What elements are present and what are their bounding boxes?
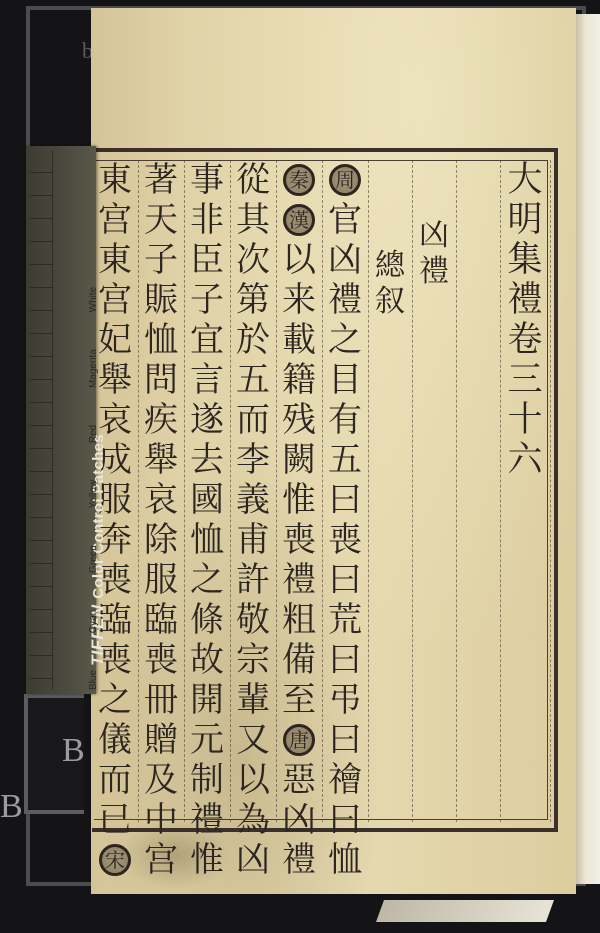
- patch-label: Yellow: [88, 480, 99, 509]
- character: 恤: [140, 320, 182, 360]
- character: 而: [232, 400, 274, 440]
- character: 載: [278, 320, 320, 360]
- character: 禮: [186, 800, 228, 840]
- character: 宗: [232, 640, 274, 680]
- character: 曰: [324, 560, 366, 600]
- patch-label: Cyan: [88, 610, 99, 633]
- character: 舉: [140, 440, 182, 480]
- character: 之: [94, 680, 136, 720]
- character: 妃: [94, 320, 136, 360]
- character: 李: [232, 440, 274, 480]
- character: 喪: [140, 640, 182, 680]
- character: 宜: [186, 320, 228, 360]
- blank-column: [456, 160, 501, 822]
- character: 禮: [413, 254, 455, 290]
- circled-dynasty-mark: 周: [329, 164, 361, 196]
- character: 恤: [324, 840, 366, 880]
- character: 其: [232, 200, 274, 240]
- character: 目: [324, 360, 366, 400]
- character: 来: [278, 280, 320, 320]
- character: 輩: [232, 680, 274, 720]
- character: 哀: [140, 480, 182, 520]
- scan-letter-b-outer: B: [0, 788, 23, 826]
- circled-dynasty-mark: 秦: [283, 164, 315, 196]
- character: 惡: [278, 760, 320, 800]
- character: 喪: [324, 520, 366, 560]
- character: 為: [232, 800, 274, 840]
- character: 籍: [278, 360, 320, 400]
- character: 残: [278, 400, 320, 440]
- character: 凶: [232, 840, 274, 880]
- character: 有: [324, 400, 366, 440]
- character: 宫: [140, 840, 182, 880]
- character: 凶: [324, 240, 366, 280]
- character: 曰: [324, 480, 366, 520]
- column-text: 從其次第於五而李義甫許敬宗輩又以為凶: [232, 160, 274, 880]
- character: 中: [140, 800, 182, 840]
- text-column-3: 從其次第於五而李義甫許敬宗輩又以為凶: [230, 160, 277, 822]
- character: 卷: [504, 320, 546, 360]
- column-text: 著天子賑恤問疾舉哀除服臨喪冊贈及中宫: [140, 160, 182, 880]
- character: 以: [278, 240, 320, 280]
- character: 明: [504, 200, 546, 240]
- character: 凶: [413, 218, 455, 254]
- character: 子: [186, 280, 228, 320]
- character: 曰: [324, 720, 366, 760]
- heading-title: 總叙: [369, 248, 411, 320]
- scan-letter-b: B: [62, 732, 85, 770]
- patch-label: Red: [88, 425, 99, 443]
- character: 三: [504, 360, 546, 400]
- character: 舉: [94, 360, 136, 400]
- character: 以: [232, 760, 274, 800]
- character: 國: [186, 480, 228, 520]
- character: 贈: [140, 720, 182, 760]
- character: 元: [186, 720, 228, 760]
- character: 儀: [94, 720, 136, 760]
- character: 賑: [140, 280, 182, 320]
- character: 疾: [140, 400, 182, 440]
- character: 叙: [369, 284, 411, 320]
- text-column-5: 著天子賑恤問疾舉哀除服臨喪冊贈及中宫: [138, 160, 185, 822]
- character: 宫: [94, 200, 136, 240]
- scan-frame-box: B: [24, 694, 84, 814]
- circled-dynasty-mark: 宋: [99, 844, 131, 876]
- character: 於: [232, 320, 274, 360]
- column-text: 周官凶禮之目有五曰喪曰荒曰弔曰禬曰恤: [324, 160, 366, 880]
- character: 開: [186, 680, 228, 720]
- character: 禬: [324, 760, 366, 800]
- page-tab: [376, 900, 554, 922]
- character: 弔: [324, 680, 366, 720]
- character: 至: [278, 680, 320, 720]
- character: 六: [504, 440, 546, 480]
- color-control-strip: TIFFENColor Control Patches: [26, 146, 96, 694]
- text-column-2: 秦漢以来載籍残闕惟喪禮粗備至唐惡凶禮: [276, 160, 323, 822]
- character: 除: [140, 520, 182, 560]
- character: 東: [94, 160, 136, 200]
- character: 義: [232, 480, 274, 520]
- character: 已: [94, 800, 136, 840]
- character: 曰: [324, 640, 366, 680]
- character: 冊: [140, 680, 182, 720]
- character: 禮: [278, 840, 320, 880]
- character: 五: [324, 440, 366, 480]
- character: 之: [186, 560, 228, 600]
- character: 甫: [232, 520, 274, 560]
- character: 五: [232, 360, 274, 400]
- character: 從: [232, 160, 274, 200]
- character: 總: [369, 248, 411, 284]
- character: 子: [140, 240, 182, 280]
- character: 又: [232, 720, 274, 760]
- character: 故: [186, 640, 228, 680]
- patch-label: White: [88, 287, 99, 313]
- title-column: 大明集禮卷三十六: [500, 160, 551, 822]
- character: 服: [140, 560, 182, 600]
- character: 遂: [186, 400, 228, 440]
- character: 之: [324, 320, 366, 360]
- character: 非: [186, 200, 228, 240]
- character: 臣: [186, 240, 228, 280]
- character: 而: [94, 760, 136, 800]
- heading-column: 總叙: [368, 160, 413, 822]
- character: 恤: [186, 520, 228, 560]
- character: 問: [140, 360, 182, 400]
- character: 喪: [278, 520, 320, 560]
- patch-label: Blue: [88, 670, 99, 690]
- patch-labels: Blue Cyan Green Yellow Red Magenta White: [88, 253, 99, 690]
- text-column-4: 事非臣子宜言遂去國恤之條故開元制禮惟: [184, 160, 231, 822]
- next-page-edge: [576, 14, 600, 884]
- character: 禮: [504, 280, 546, 320]
- circled-dynasty-mark: 唐: [283, 724, 315, 756]
- column-text: 事非臣子宜言遂去國恤之條故開元制禮惟: [186, 160, 228, 880]
- character: 集: [504, 240, 546, 280]
- character: 大: [504, 160, 546, 200]
- character: 制: [186, 760, 228, 800]
- ruler-scale: [30, 150, 53, 690]
- character: 許: [232, 560, 274, 600]
- character: 備: [278, 640, 320, 680]
- character: 條: [186, 600, 228, 640]
- character: 去: [186, 440, 228, 480]
- character: 事: [186, 160, 228, 200]
- character: 臨: [140, 600, 182, 640]
- character: 宫: [94, 280, 136, 320]
- character: 官: [324, 200, 366, 240]
- character: 禮: [324, 280, 366, 320]
- text-column-1: 周官凶禮之目有五曰喪曰荒曰弔曰禬曰恤: [322, 160, 369, 822]
- character: 東: [94, 240, 136, 280]
- section-column: 凶禮: [412, 160, 457, 822]
- character: 曰: [324, 800, 366, 840]
- character: 著: [140, 160, 182, 200]
- character: 言: [186, 360, 228, 400]
- character: 惟: [186, 840, 228, 880]
- character: 闕: [278, 440, 320, 480]
- character: 及: [140, 760, 182, 800]
- character: 第: [232, 280, 274, 320]
- volume-title: 大明集禮卷三十六: [504, 160, 546, 480]
- character: 敬: [232, 600, 274, 640]
- printed-text-block: 大明集禮卷三十六 凶禮 總叙 周官凶禮之目有五曰喪曰荒曰弔曰禬曰恤 秦漢以来載籍…: [92, 148, 558, 832]
- character: 荒: [324, 600, 366, 640]
- character: 次: [232, 240, 274, 280]
- circled-dynasty-mark: 漢: [283, 204, 315, 236]
- patch-label: Magenta: [88, 349, 99, 388]
- section-title: 凶禮: [413, 218, 455, 290]
- character: 凶: [278, 800, 320, 840]
- character: 禮: [278, 560, 320, 600]
- character: 十: [504, 400, 546, 440]
- patch-label: Green: [88, 545, 99, 573]
- character: 天: [140, 200, 182, 240]
- character: 粗: [278, 600, 320, 640]
- character: 惟: [278, 480, 320, 520]
- column-text: 秦漢以来載籍残闕惟喪禮粗備至唐惡凶禮: [278, 160, 320, 880]
